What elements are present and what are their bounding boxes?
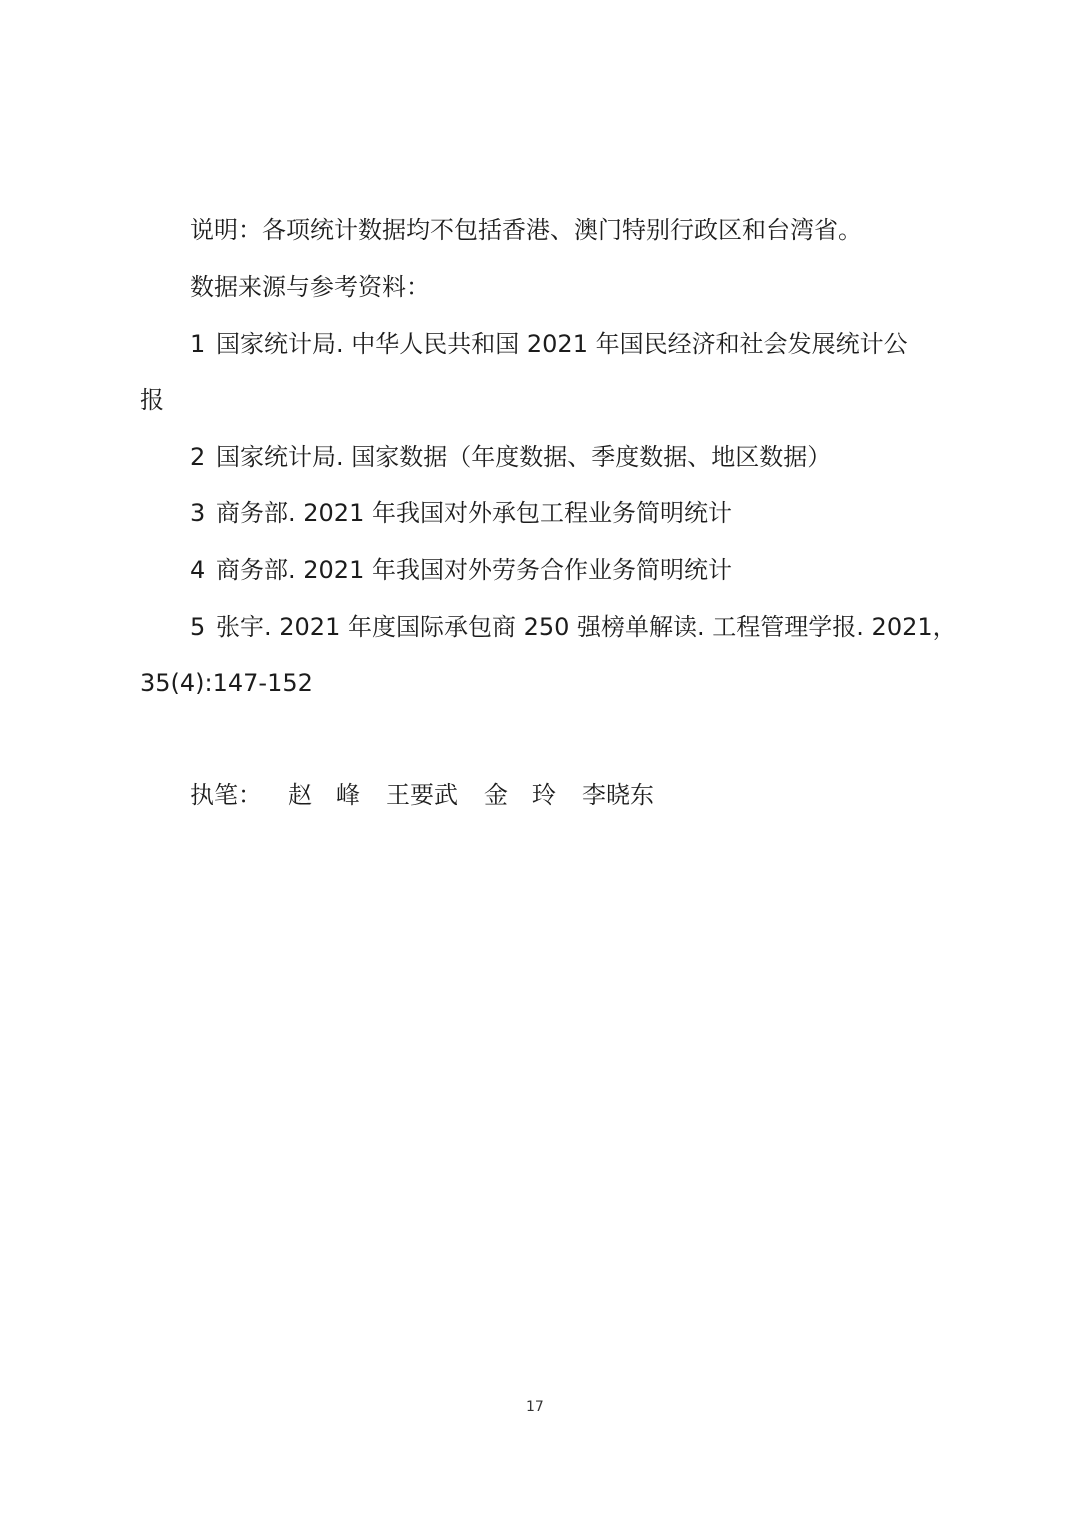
authors-label: 执笔： [190,781,262,809]
reference-item-5: 5张宇. 2021 年度国际承包商 250 强榜单解读. 工程管理学报. 202… [190,612,957,642]
reference-text: 商务部. 2021 年我国对外承包工程业务简明统计 [216,499,732,527]
reference-text: 商务部. 2021 年我国对外劳务合作业务简明统计 [216,556,732,584]
document-page: 说明：各项统计数据均不包括香港、澳门特别行政区和台湾省。 数据来源与参考资料： … [0,0,1080,1527]
author-name: 李晓东 [582,781,654,809]
note-statement: 说明：各项统计数据均不包括香港、澳门特别行政区和台湾省。 [190,215,862,245]
reference-item-5-continuation: 35(4):147-152 [140,668,313,698]
sources-heading: 数据来源与参考资料： [190,272,430,302]
reference-item-1: 1国家统计局. 中华人民共和国 2021 年国民经济和社会发展统计公 [190,329,908,359]
reference-item-1-continuation: 报 [140,385,164,415]
reference-text: 张宇. 2021 年度国际承包商 250 强榜单解读. 工程管理学报. 2021… [216,613,957,641]
author-name: 赵 峰 [288,781,360,809]
reference-item-4: 4商务部. 2021 年我国对外劳务合作业务简明统计 [190,555,732,585]
reference-number: 4 [190,555,216,585]
page-number: 17 [526,1398,544,1416]
author-name: 王要武 [386,781,458,809]
reference-number: 5 [190,612,216,642]
authors-line: 执笔：赵 峰王要武金 玲李晓东 [190,780,654,810]
reference-item-3: 3商务部. 2021 年我国对外承包工程业务简明统计 [190,498,732,528]
reference-number: 1 [190,329,216,359]
reference-number: 3 [190,498,216,528]
reference-item-2: 2国家统计局. 国家数据（年度数据、季度数据、地区数据） [190,442,831,472]
author-name: 金 玲 [484,781,556,809]
reference-number: 2 [190,442,216,472]
reference-text: 国家统计局. 中华人民共和国 2021 年国民经济和社会发展统计公 [216,330,908,358]
reference-text: 国家统计局. 国家数据（年度数据、季度数据、地区数据） [216,443,831,471]
